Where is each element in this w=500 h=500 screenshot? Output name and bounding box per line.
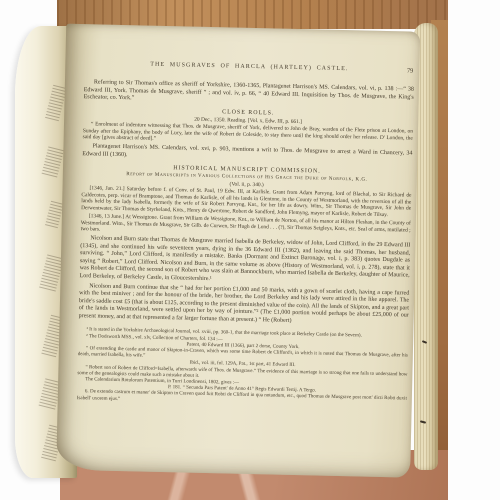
- page-text: THE MUSGRAVES OF HARCLA (HARTLEY) CASTLE…: [77, 60, 415, 409]
- block-para: Referring to Sir Thomas's office as sher…: [84, 79, 414, 109]
- text-blocks: Referring to Sir Thomas's office as sher…: [79, 79, 414, 328]
- footnotes: ¹ It is stated in the Yorkshire Archaeol…: [77, 328, 409, 410]
- fore-edge-speck: [422, 340, 427, 344]
- main-page: THE MUSGRAVES OF HARCLA (HARTLEY) CASTLE…: [56, 24, 420, 478]
- running-title: THE MUSGRAVES OF HARCLA (HARTLEY) CASTLE…: [84, 60, 414, 73]
- page-header: THE MUSGRAVES OF HARCLA (HARTLEY) CASTLE…: [84, 60, 414, 77]
- block-para: Nicolson and Burn state that Thomas de M…: [79, 236, 410, 288]
- page-number: 79: [407, 67, 414, 74]
- book-photograph: THE MUSGRAVES OF HARCLA (HARTLEY) CASTLE…: [0, 0, 500, 500]
- left-page-text-blur: [42, 145, 65, 178]
- block-para: Nicolson and Burn continue that she “ ha…: [79, 283, 410, 328]
- fore-edge-speck: [420, 420, 426, 423]
